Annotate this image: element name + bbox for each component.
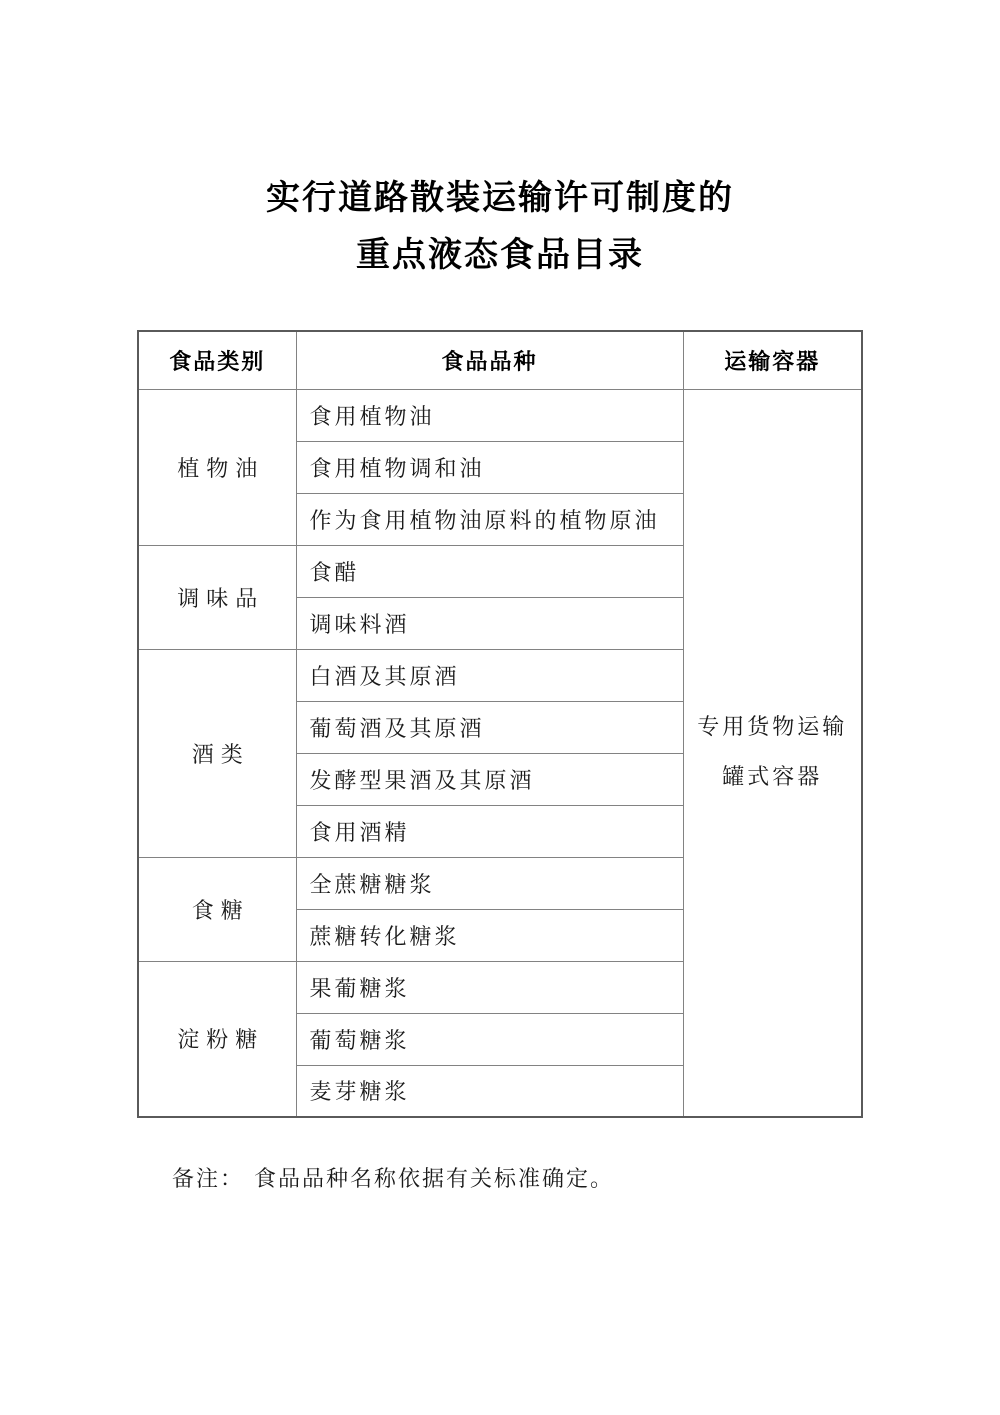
item-cell: 白酒及其原酒 — [296, 649, 683, 701]
item-cell: 食用植物调和油 — [296, 441, 683, 493]
footnote: 备注：食品品种名称依据有关标准确定。 — [172, 1162, 1000, 1193]
footnote-label: 备注： — [172, 1167, 244, 1192]
category-cell-sugar: 食糖 — [138, 857, 296, 961]
item-cell: 麦芽糖浆 — [296, 1065, 683, 1117]
item-cell: 食用酒精 — [296, 805, 683, 857]
item-cell: 葡萄酒及其原酒 — [296, 701, 683, 753]
header-food-category: 食品类别 — [138, 331, 296, 389]
title-line-1: 实行道路散装运输许可制度的 — [0, 170, 1000, 227]
footnote-text: 食品品种名称依据有关标准确定。 — [254, 1167, 614, 1192]
title-line-2: 重点液态食品目录 — [0, 227, 1000, 284]
container-line-1: 专用货物运输 — [685, 703, 861, 753]
item-cell: 食醋 — [296, 545, 683, 597]
header-food-variety: 食品品种 — [296, 331, 683, 389]
item-cell: 食用植物油 — [296, 389, 683, 441]
category-cell-vegetable-oil: 植物油 — [138, 389, 296, 545]
table-row: 植物油 食用植物油 专用货物运输 罐式容器 — [138, 389, 862, 441]
page-title: 实行道路散装运输许可制度的 重点液态食品目录 — [0, 170, 1000, 284]
category-cell-alcohol: 酒类 — [138, 649, 296, 857]
item-cell: 调味料酒 — [296, 597, 683, 649]
liquid-food-catalog-table: 食品类别 食品品种 运输容器 植物油 食用植物油 专用货物运输 罐式容器 食用植… — [137, 330, 863, 1118]
item-cell: 果葡糖浆 — [296, 961, 683, 1013]
item-cell: 蔗糖转化糖浆 — [296, 909, 683, 961]
transport-container-cell: 专用货物运输 罐式容器 — [683, 389, 862, 1117]
item-cell: 全蔗糖糖浆 — [296, 857, 683, 909]
header-transport-container: 运输容器 — [683, 331, 862, 389]
table-header-row: 食品类别 食品品种 运输容器 — [138, 331, 862, 389]
item-cell: 发酵型果酒及其原酒 — [296, 753, 683, 805]
document-page: 实行道路散装运输许可制度的 重点液态食品目录 食品类别 食品品种 运输容器 植物… — [0, 0, 1000, 1415]
item-cell: 作为食用植物油原料的植物原油 — [296, 493, 683, 545]
item-cell: 葡萄糖浆 — [296, 1013, 683, 1065]
category-cell-condiments: 调味品 — [138, 545, 296, 649]
container-line-2: 罐式容器 — [685, 753, 861, 803]
category-cell-starch-sugar: 淀粉糖 — [138, 961, 296, 1117]
